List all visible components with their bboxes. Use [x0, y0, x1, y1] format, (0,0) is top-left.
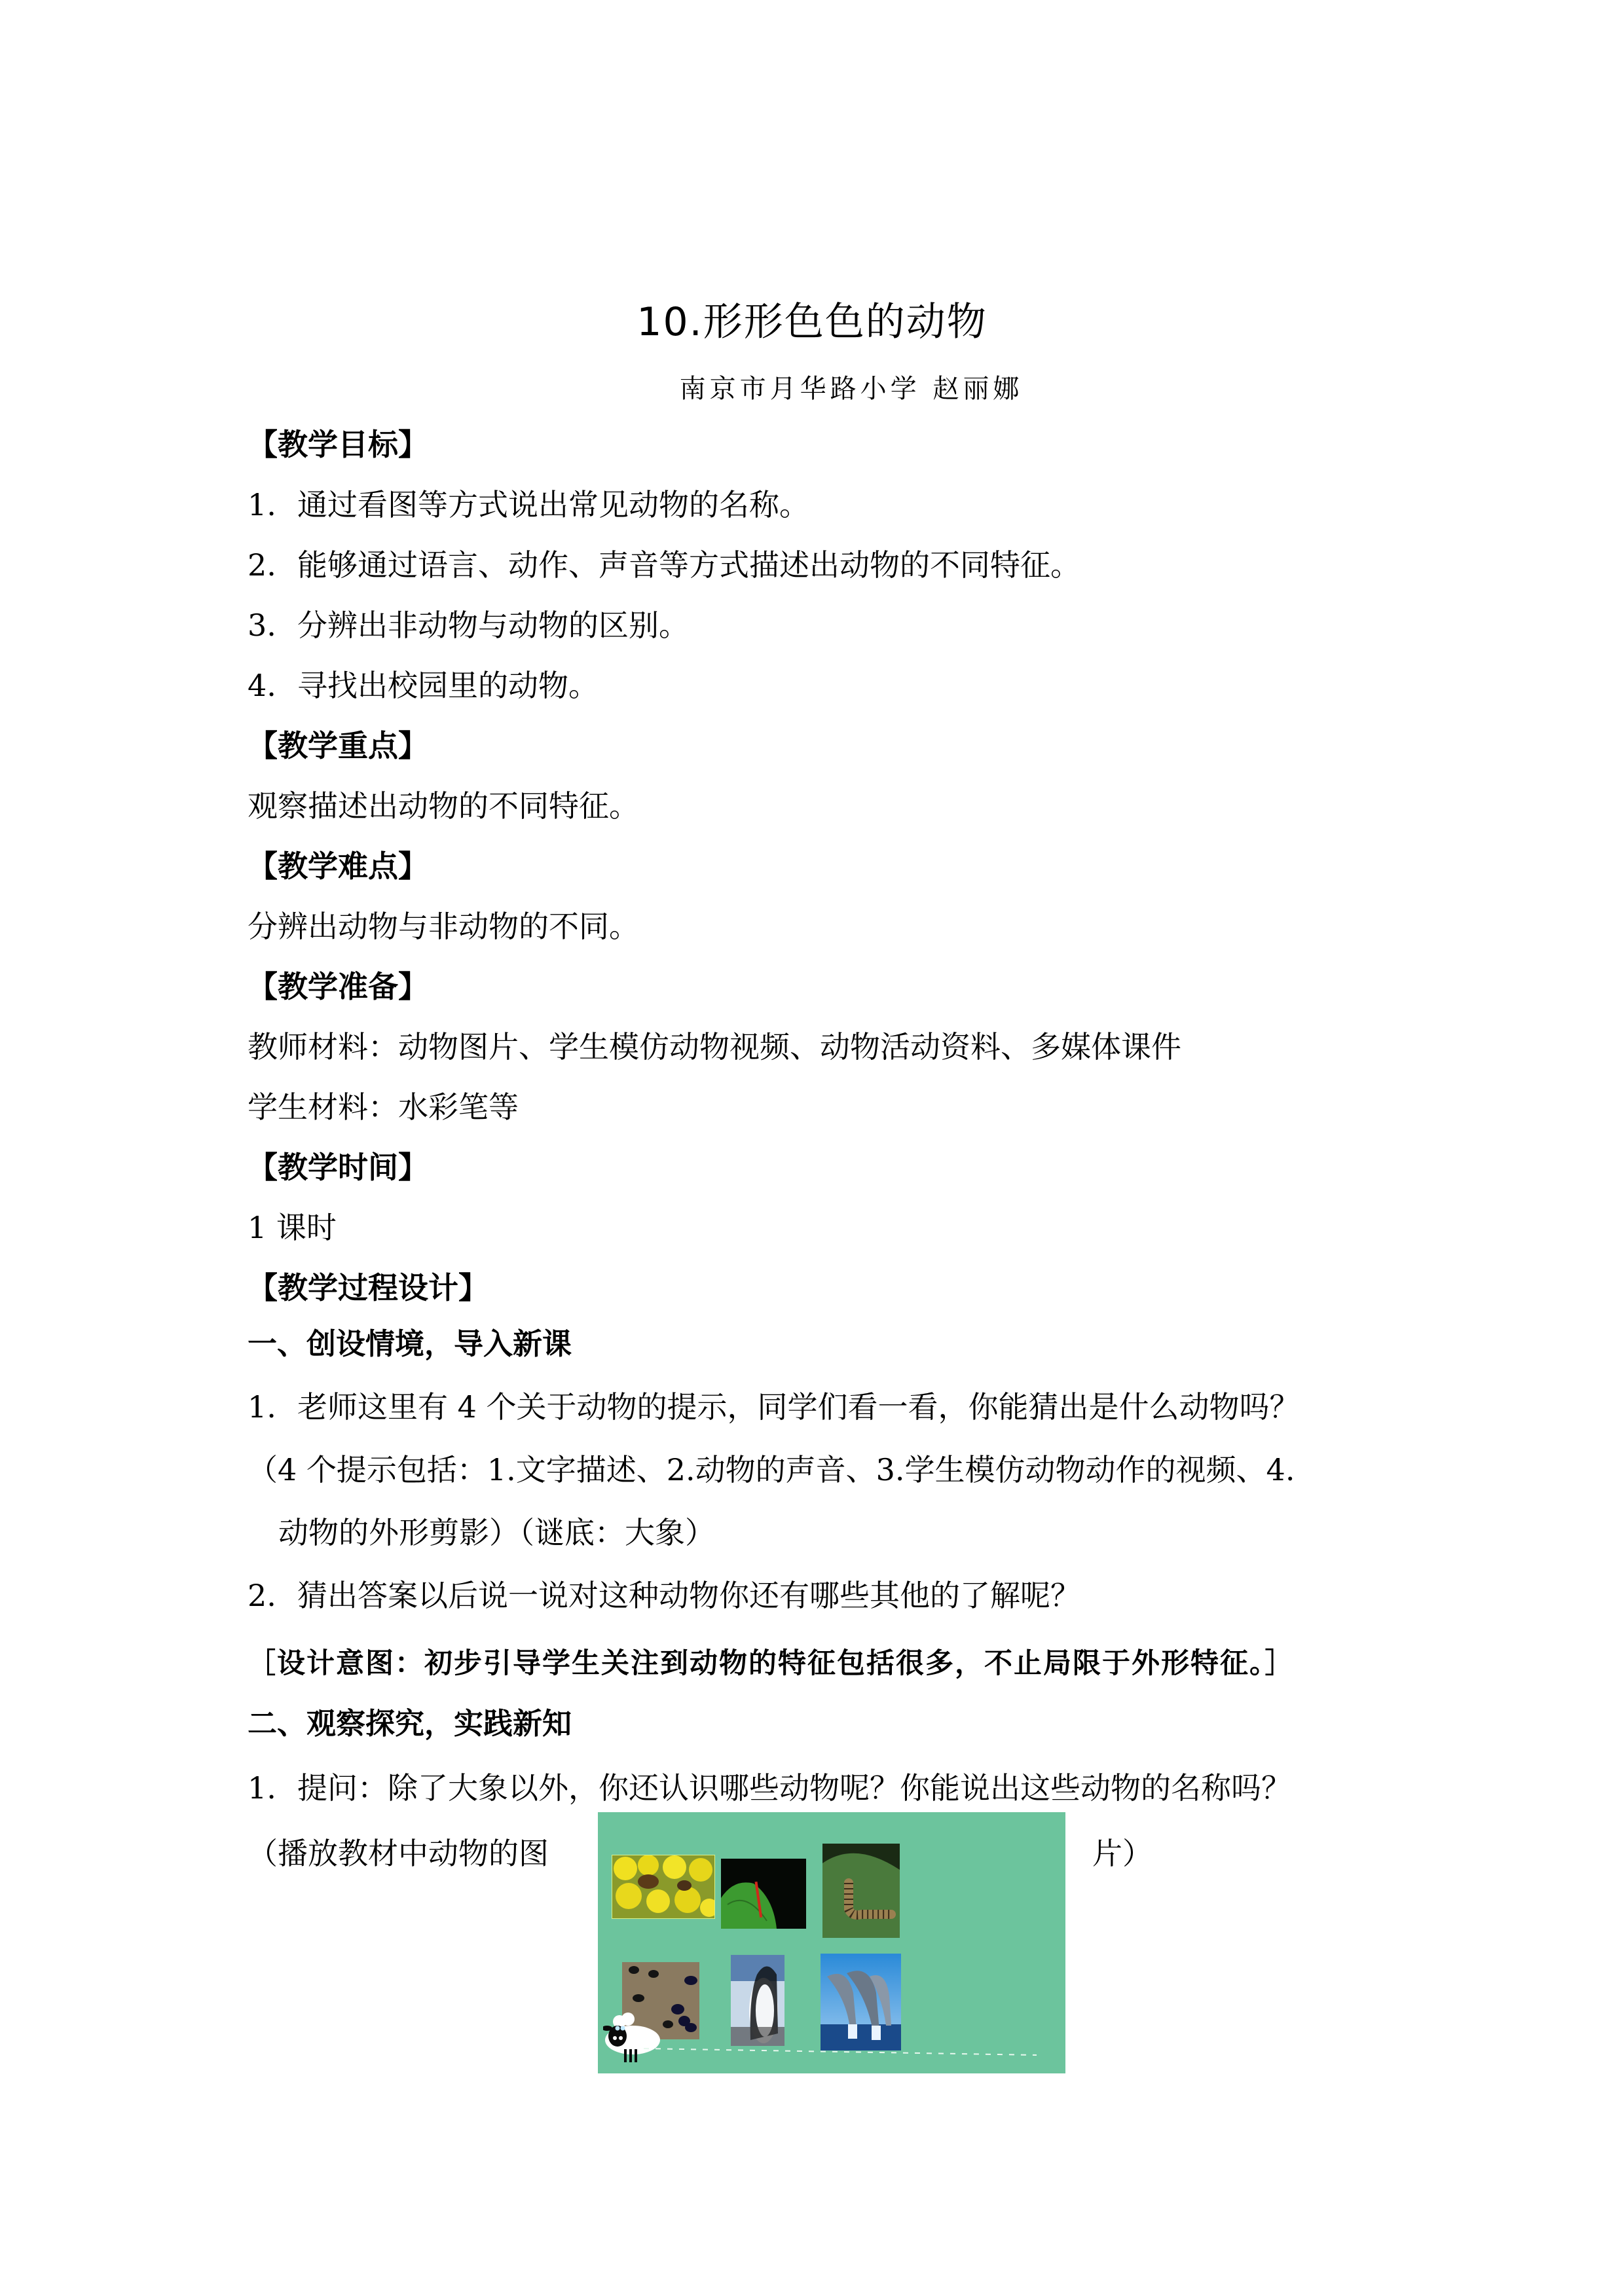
author-line: 南京市月华路小学 赵丽娜	[0, 371, 1624, 407]
preparation-heading: 【教学准备】	[248, 966, 428, 1007]
item-number: 2.	[248, 1575, 297, 1616]
teacher-materials: 教师材料：动物图片、学生模仿动物视频、动物活动资料、多媒体课件	[248, 1027, 1181, 1067]
key-points-heading: 【教学重点】	[248, 725, 428, 766]
caterpillar-on-leaf-image	[822, 1844, 900, 1938]
time-heading: 【教学时间】	[248, 1147, 428, 1188]
objective-item: 1.通过看图等方式说出常见动物的名称。	[248, 484, 809, 525]
item-text: 猜出答案以后说一说对这种动物你还有哪些其他的了解呢？	[297, 1578, 1080, 1613]
design-intent: ［设计意图：初步引导学生关注到动物的特征包括很多，不止局限于外形特征。］	[248, 1643, 1295, 1684]
hints-note-line1: （4 个提示包括：1.文字描述、2.动物的声音、3.学生模仿动物动作的视频、4.	[248, 1449, 1295, 1490]
footprint-trail-decoration	[644, 2045, 1037, 2058]
key-points-text: 观察描述出动物的不同特征。	[248, 786, 639, 826]
item-text: 分辨出非动物与动物的区别。	[297, 608, 689, 643]
process-heading: 【教学过程设计】	[248, 1267, 489, 1308]
time-text: 1 课时	[248, 1207, 337, 1248]
difficulties-heading: 【教学难点】	[248, 846, 428, 886]
document-page: 10.形形色色的动物 南京市月华路小学 赵丽娜 【教学目标】 1.通过看图等方式…	[0, 0, 1624, 2296]
hints-note-line2: 动物的外形剪影）（谜底：大象）	[278, 1512, 715, 1553]
objective-item: 3.分辨出非动物与动物的区别。	[248, 605, 689, 646]
item-number: 1.	[248, 1387, 297, 1427]
item-text: 能够通过语言、动作、声音等方式描述出动物的不同特征。	[297, 547, 1080, 583]
play-images-note-right: 片）	[1092, 1833, 1153, 1874]
animal-pictures-panel	[598, 1812, 1065, 2073]
item-number: 1.	[248, 1768, 297, 1808]
dragonfly-on-leaf-image	[721, 1859, 806, 1929]
play-images-note-left: （播放教材中动物的图	[248, 1833, 549, 1874]
penguins-image	[731, 1955, 784, 2046]
dolphins-image	[821, 1954, 901, 2050]
item-number: 2.	[248, 545, 297, 585]
part2-title: 二、观察探究，实践新知	[248, 1704, 572, 1744]
part1-item: 2.猜出答案以后说一说对这种动物你还有哪些其他的了解呢？	[248, 1575, 1080, 1616]
document-title: 10.形形色色的动物	[0, 296, 1624, 348]
item-number: 1.	[248, 484, 297, 525]
student-materials: 学生材料：水彩笔等	[248, 1087, 519, 1127]
part1-title: 一、创设情境，导入新课	[248, 1324, 572, 1364]
difficulties-text: 分辨出动物与非动物的不同。	[248, 906, 639, 947]
objective-item: 2.能够通过语言、动作、声音等方式描述出动物的不同特征。	[248, 545, 1080, 585]
item-text: 老师这里有 4 个关于动物的提示，同学们看一看，你能猜出是什么动物吗？	[297, 1389, 1300, 1425]
part1-item: 1.老师这里有 4 个关于动物的提示，同学们看一看，你能猜出是什么动物吗？	[248, 1387, 1300, 1427]
item-text: 通过看图等方式说出常见动物的名称。	[297, 487, 809, 522]
part2-item: 1.提问：除了大象以外，你还认识哪些动物呢？你能说出这些动物的名称吗？	[248, 1768, 1291, 1808]
objectives-heading: 【教学目标】	[248, 424, 428, 465]
item-number: 4.	[248, 665, 297, 706]
item-text: 寻找出校园里的动物。	[297, 668, 599, 703]
bees-on-flowers-image	[612, 1855, 715, 1919]
objective-item: 4.寻找出校园里的动物。	[248, 665, 599, 706]
item-text: 提问：除了大象以外，你还认识哪些动物呢？你能说出这些动物的名称吗？	[297, 1770, 1291, 1806]
item-number: 3.	[248, 605, 297, 646]
